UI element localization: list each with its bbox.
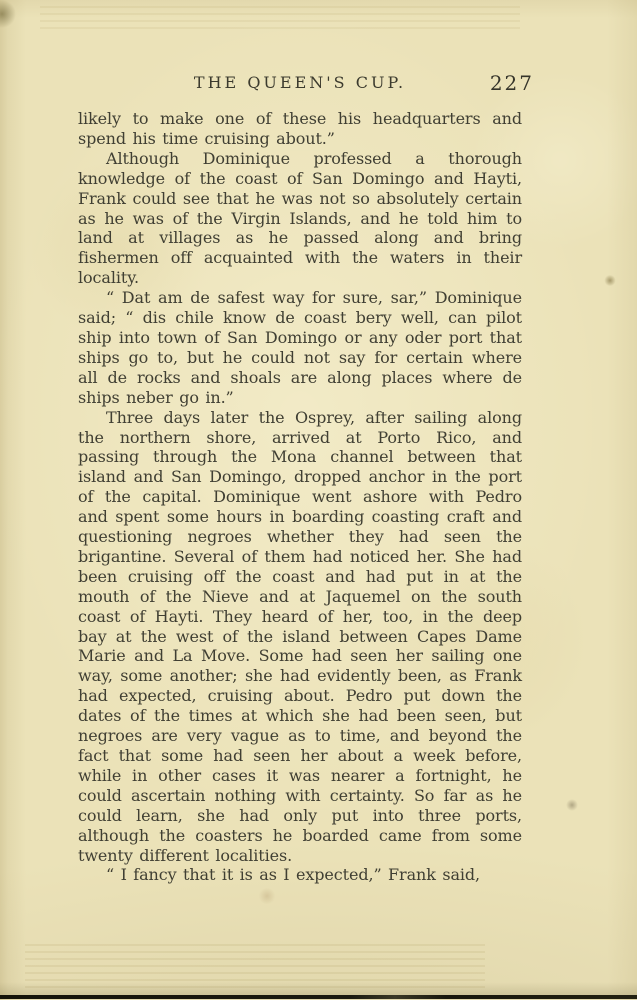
body-text: likely to make one of these his headquar… bbox=[78, 109, 522, 885]
scanner-streaks-top bbox=[40, 6, 520, 32]
page-number: 227 bbox=[490, 71, 534, 95]
foxing-spot bbox=[604, 275, 616, 286]
paragraph-4: Three days later the Osprey, after saili… bbox=[78, 408, 522, 866]
paragraph-3: “ Dat am de safest way for sure, sar,” D… bbox=[78, 288, 522, 407]
page-bottom-edge bbox=[0, 995, 637, 999]
foxing-spot bbox=[258, 888, 276, 904]
book-page-scan: THE QUEEN'S CUP. 227 likely to make one … bbox=[0, 0, 637, 1000]
running-head-title: THE QUEEN'S CUP. bbox=[78, 73, 522, 92]
foxing-spot bbox=[566, 799, 578, 811]
paragraph-2: Although Dominique professed a thorough … bbox=[78, 149, 522, 288]
page-bottom-shadow bbox=[0, 982, 637, 996]
page-header: THE QUEEN'S CUP. 227 bbox=[78, 73, 522, 95]
paragraph-5: “ I fancy that it is as I expected,” Fra… bbox=[78, 865, 522, 885]
paragraph-1: likely to make one of these his headquar… bbox=[78, 109, 522, 149]
